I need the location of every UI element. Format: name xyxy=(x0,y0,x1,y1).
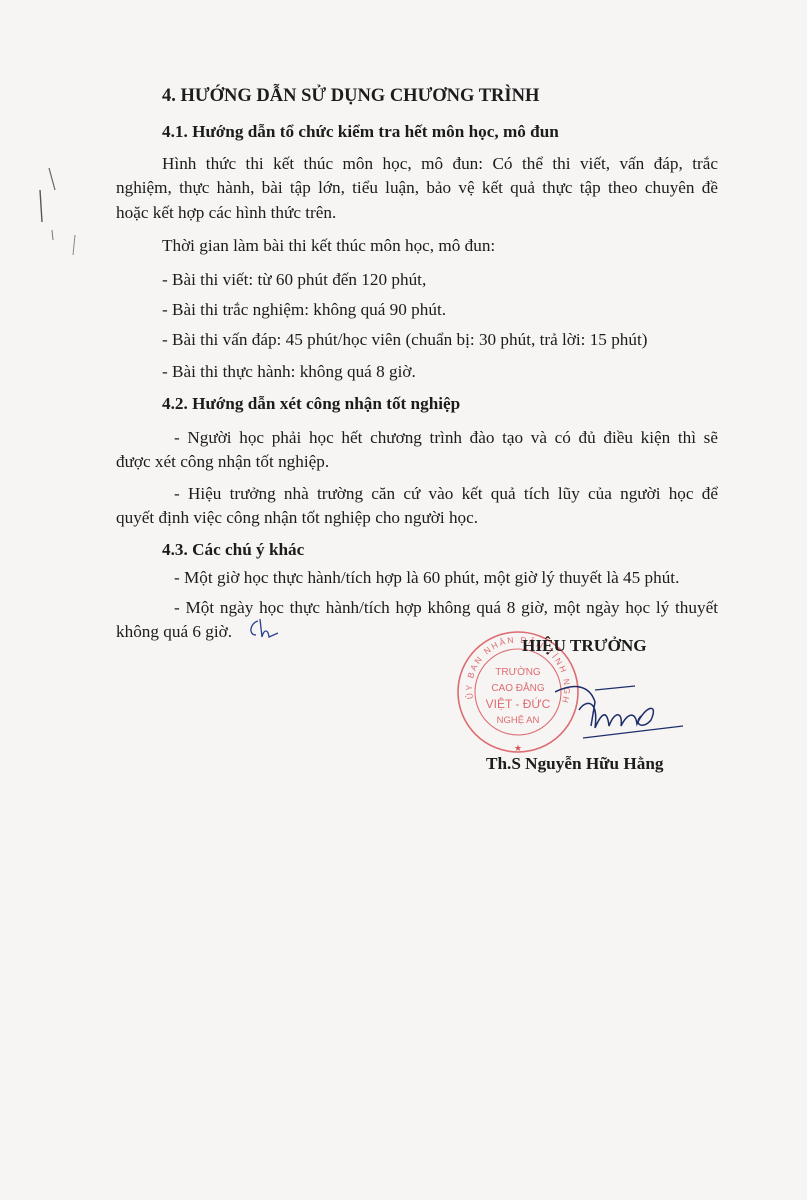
star-icon: ★ xyxy=(514,743,522,753)
list-item: - Một giờ học thực hành/tích hợp là 60 p… xyxy=(174,568,679,588)
paragraph-line: hoặc kết hợp các hình thức trên. xyxy=(116,203,336,223)
paragraph-line: quyết định việc công nhận tốt nghiệp cho… xyxy=(116,508,478,528)
stamp-text: VIỆT - ĐỨC xyxy=(486,696,551,711)
paragraph-line: - Một ngày học thực hành/tích hợp không … xyxy=(174,598,718,618)
handwritten-signature xyxy=(555,680,685,740)
paragraph-line: nghiệm, thực hành, bài tập lớn, tiểu luậ… xyxy=(116,178,718,198)
subsection-title-4-1: 4.1. Hướng dẫn tổ chức kiểm tra hết môn … xyxy=(162,122,559,142)
paragraph-line: - Người học phải học hết chương trình đà… xyxy=(174,428,718,448)
stamp-text: NGHỆ AN xyxy=(497,715,540,726)
stamp-text: CAO ĐẲNG xyxy=(491,681,545,694)
list-item: - Bài thi viết: từ 60 phút đến 120 phút, xyxy=(162,270,426,290)
paragraph-line: không quá 6 giờ. xyxy=(116,622,232,642)
signatory-name: Th.S Nguyễn Hữu Hằng xyxy=(486,754,663,774)
initials-mark xyxy=(246,617,286,641)
list-item: - Bài thi trắc nghiệm: không quá 90 phút… xyxy=(162,300,446,320)
subsection-title-4-3: 4.3. Các chú ý khác xyxy=(162,540,304,560)
list-item: - Bài thi thực hành: không quá 8 giờ. xyxy=(162,362,416,382)
paragraph-line: - Hiệu trưởng nhà trường căn cứ vào kết … xyxy=(174,484,718,504)
list-item: - Bài thi vấn đáp: 45 phút/học viên (chu… xyxy=(162,330,647,350)
section-heading: 4. HƯỚNG DẪN SỬ DỤNG CHƯƠNG TRÌNH xyxy=(162,86,539,107)
document-page: 4. HƯỚNG DẪN SỬ DỤNG CHƯƠNG TRÌNH 4.1. H… xyxy=(0,0,807,1200)
stamp-text: TRƯỜNG xyxy=(495,665,541,678)
scan-artifact-marks xyxy=(30,160,90,270)
paragraph-line: Hình thức thi kết thúc môn học, mô đun: … xyxy=(162,154,718,174)
paragraph-line: Thời gian làm bài thi kết thúc môn học, … xyxy=(162,236,495,256)
signatory-title: HIỆU TRƯỞNG xyxy=(522,636,647,656)
paragraph-line: được xét công nhận tốt nghiệp. xyxy=(116,452,329,472)
subsection-title-4-2: 4.2. Hướng dẫn xét công nhận tốt nghiệp xyxy=(162,394,460,414)
